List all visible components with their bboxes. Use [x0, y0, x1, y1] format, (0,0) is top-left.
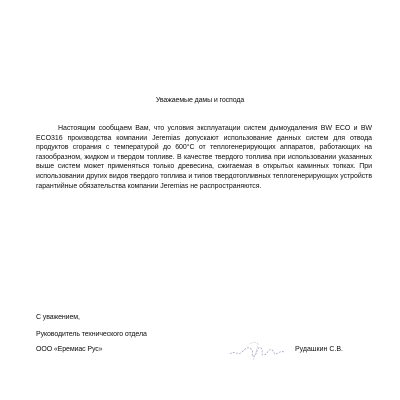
signer-company: ООО «Еремиас Рус» — [36, 346, 102, 353]
signature-icon — [228, 336, 286, 362]
signer-name: Рудашкин С.В. — [295, 346, 343, 353]
signer-position: Руководитель технического отдела — [36, 331, 147, 338]
closing-regards: С уважением, — [36, 314, 80, 321]
letter-greeting: Уважаемые дамы и господа — [0, 97, 400, 104]
letter-body: Настоящим сообщаем Вам, что условия эксп… — [36, 124, 372, 191]
letter-page: Уважаемые дамы и господа Настоящим сообщ… — [0, 0, 400, 400]
